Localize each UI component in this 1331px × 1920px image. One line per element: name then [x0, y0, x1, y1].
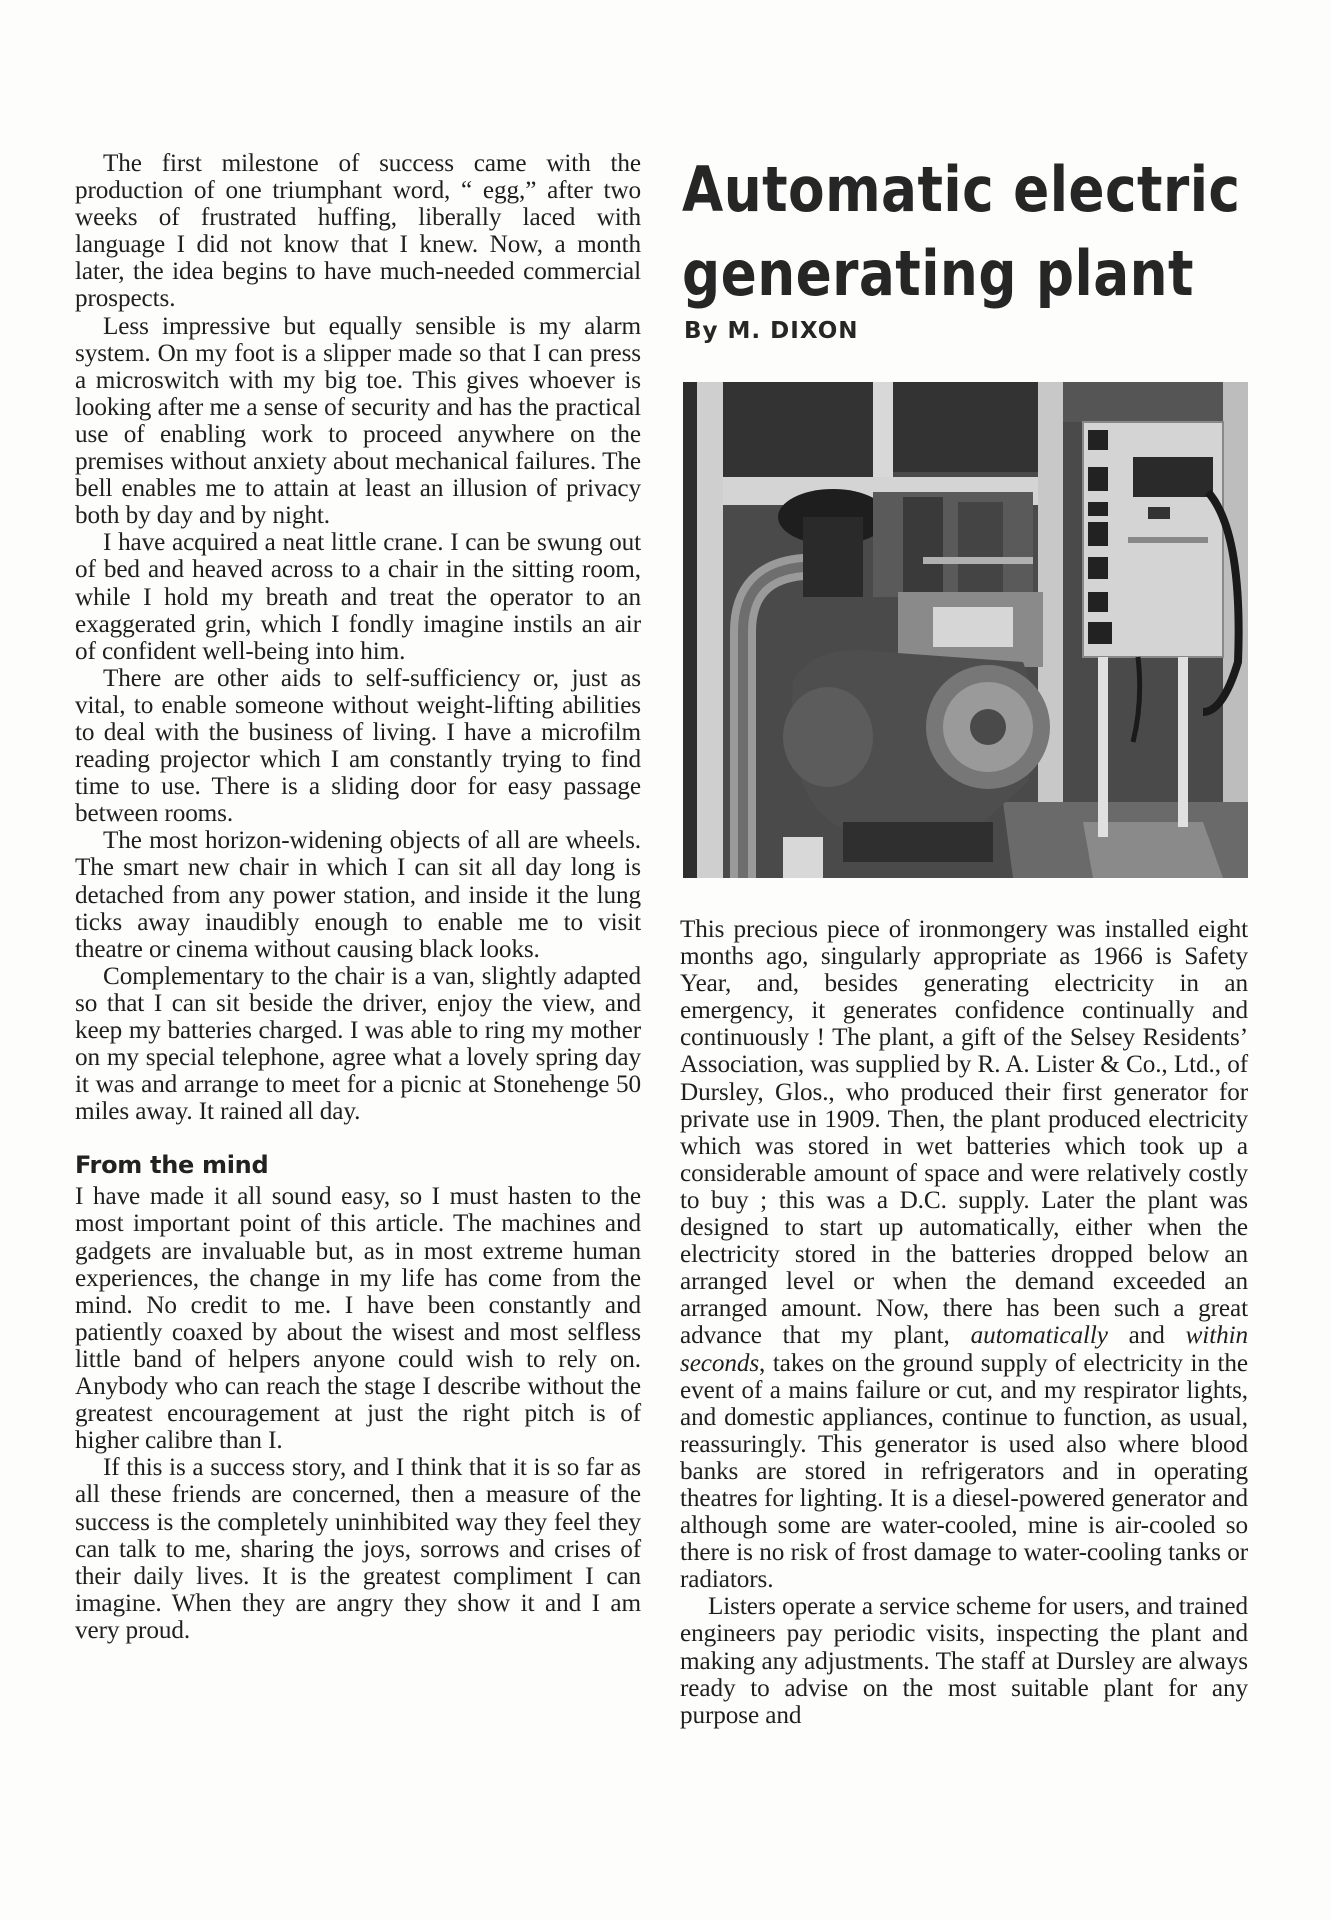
paragraph: The most horizon-widening objects of all… [75, 827, 641, 962]
paragraph: Complementary to the chair is a van, sli… [75, 963, 641, 1126]
paragraph: The first milestone of success came with… [75, 150, 641, 313]
paragraph: Less impressive but equally sensible is … [75, 313, 641, 530]
paragraph: Listers operate a service scheme for use… [680, 1593, 1248, 1728]
article-title-line-1: Automatic electric [682, 148, 1181, 232]
paragraph: If this is a success story, and I think … [75, 1454, 641, 1644]
paragraph: There are other aids to self-sufficiency… [75, 665, 641, 828]
article-byline: By M. DIXON [684, 318, 859, 344]
article-title-line-2: generating plant [682, 232, 1181, 316]
paragraph: I have acquired a neat little crane. I c… [75, 529, 641, 664]
paragraph: This precious piece of ironmongery was i… [680, 916, 1248, 1593]
section-subheading: From the mind [75, 1151, 641, 1179]
paragraph: I have made it all sound easy, so I must… [75, 1183, 641, 1454]
article-title: Automatic electric generating plant [682, 148, 1181, 316]
emphasis: automatically [971, 1322, 1108, 1349]
right-column: This precious piece of ironmongery was i… [680, 916, 1248, 1729]
generator-photo [683, 382, 1248, 878]
left-column: The first milestone of success came with… [75, 150, 641, 1644]
